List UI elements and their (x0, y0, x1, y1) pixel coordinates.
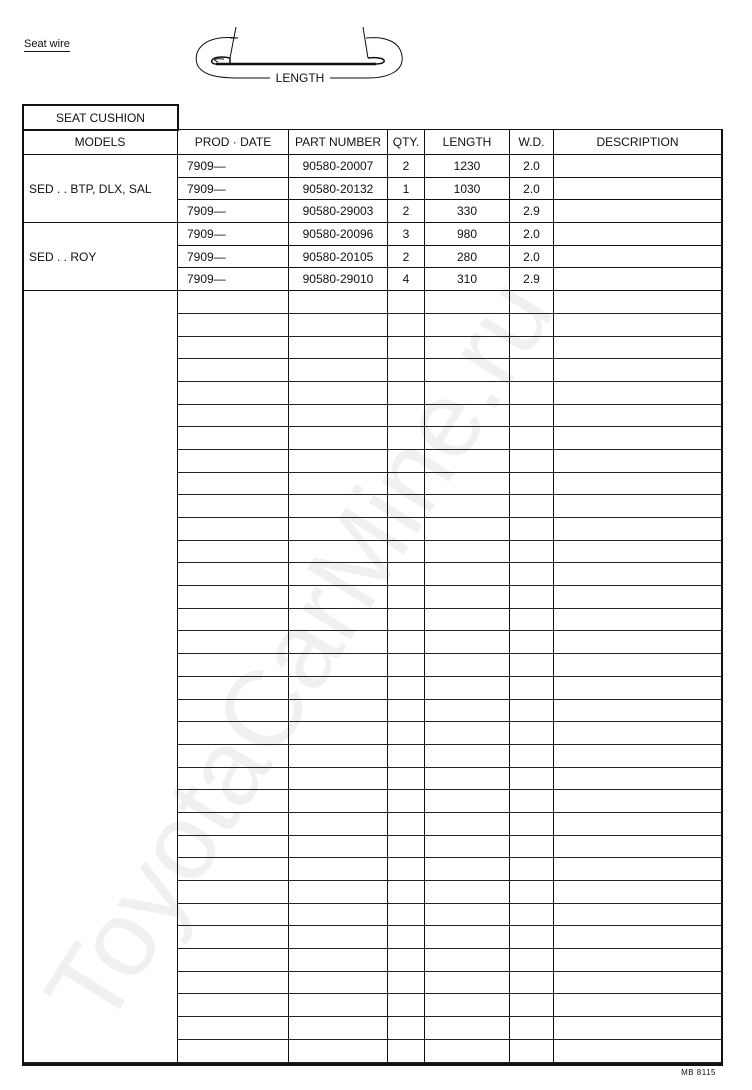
empty-cell (289, 291, 388, 314)
empty-cell (425, 1017, 510, 1040)
empty-cell (425, 586, 510, 609)
qty-cell: 2 (388, 245, 425, 268)
empty-cell (425, 699, 510, 722)
wd-cell: 2.9 (510, 200, 554, 223)
empty-cell (554, 971, 722, 994)
length-cell: 980 (425, 223, 510, 246)
prod-date-cell: 7909— (178, 155, 289, 178)
empty-cell (510, 586, 554, 609)
empty-cell (425, 812, 510, 835)
empty-cell (510, 381, 554, 404)
qty-cell: 4 (388, 268, 425, 291)
qty-cell: 3 (388, 223, 425, 246)
part-number-cell: 90580-20132 (289, 177, 388, 200)
empty-cell (289, 313, 388, 336)
col-part-number: PART NUMBER (289, 130, 388, 155)
empty-cell (510, 540, 554, 563)
empty-cell (510, 313, 554, 336)
empty-cell (289, 381, 388, 404)
empty-cell (554, 495, 722, 518)
figure-caption: Seat wire (24, 38, 70, 52)
empty-row (23, 291, 722, 314)
col-models: MODELS (23, 130, 178, 155)
empty-cell (289, 563, 388, 586)
empty-cell (388, 518, 425, 541)
empty-cell (554, 1017, 722, 1040)
col-length: LENGTH (425, 130, 510, 155)
prod-date-cell: 7909— (178, 268, 289, 291)
wd-cell: 2.0 (510, 223, 554, 246)
empty-cell (425, 472, 510, 495)
part-number-cell: 90580-29003 (289, 200, 388, 223)
empty-cell (178, 291, 289, 314)
wd-cell: 2.0 (510, 155, 554, 178)
empty-cell (289, 1039, 388, 1062)
empty-cell (388, 858, 425, 881)
empty-cell (554, 631, 722, 654)
model-cell: SED . . ROY (23, 223, 178, 291)
empty-cell (554, 767, 722, 790)
empty-cell (289, 449, 388, 472)
empty-cell (178, 654, 289, 677)
empty-cell (554, 699, 722, 722)
empty-cell (388, 676, 425, 699)
empty-cell (425, 881, 510, 904)
empty-cell (388, 971, 425, 994)
empty-cell (289, 790, 388, 813)
empty-cell (425, 563, 510, 586)
empty-cell (554, 881, 722, 904)
empty-cell (510, 472, 554, 495)
wd-cell: 2.0 (510, 177, 554, 200)
empty-cell (425, 427, 510, 450)
empty-cell (178, 1039, 289, 1062)
empty-cell (425, 676, 510, 699)
empty-cell (554, 722, 722, 745)
empty-cell (178, 858, 289, 881)
empty-cell (289, 404, 388, 427)
empty-cell (425, 835, 510, 858)
empty-cell (178, 381, 289, 404)
empty-cell (425, 313, 510, 336)
length-cell: 1230 (425, 155, 510, 178)
empty-cell (510, 654, 554, 677)
empty-cell (510, 790, 554, 813)
empty-cell (289, 744, 388, 767)
empty-cell (289, 812, 388, 835)
empty-cell (554, 313, 722, 336)
empty-cell (178, 449, 289, 472)
part-number-cell: 90580-20096 (289, 223, 388, 246)
empty-cell (554, 381, 722, 404)
empty-cell (510, 835, 554, 858)
empty-cell (425, 540, 510, 563)
empty-cell (289, 881, 388, 904)
empty-cell (289, 518, 388, 541)
empty-cell (425, 926, 510, 949)
empty-cell (178, 926, 289, 949)
empty-cell (554, 926, 722, 949)
empty-cell (178, 744, 289, 767)
empty-cell (554, 858, 722, 881)
empty-cell (388, 699, 425, 722)
empty-cell (289, 767, 388, 790)
empty-cell (388, 427, 425, 450)
empty-cell (289, 835, 388, 858)
empty-cell (178, 812, 289, 835)
empty-cell (388, 994, 425, 1017)
empty-cell (289, 472, 388, 495)
empty-cell (178, 676, 289, 699)
seat-wire-diagram: LENGTH (190, 24, 410, 86)
empty-cell (425, 722, 510, 745)
empty-cell (289, 926, 388, 949)
empty-cell (510, 926, 554, 949)
part-number-cell: 90580-20007 (289, 155, 388, 178)
empty-cell (510, 1039, 554, 1062)
empty-cell (289, 722, 388, 745)
empty-cell (425, 608, 510, 631)
empty-cell (425, 449, 510, 472)
empty-cell (425, 790, 510, 813)
empty-cell (425, 495, 510, 518)
empty-cell (178, 563, 289, 586)
empty-cell (178, 518, 289, 541)
wd-cell: 2.9 (510, 268, 554, 291)
empty-cell (510, 767, 554, 790)
empty-cell (425, 631, 510, 654)
empty-cell (510, 608, 554, 631)
empty-cell (289, 994, 388, 1017)
empty-cell (554, 427, 722, 450)
empty-cell (289, 631, 388, 654)
empty-cell (388, 722, 425, 745)
description-cell (554, 155, 722, 178)
qty-cell: 2 (388, 200, 425, 223)
empty-cell (388, 563, 425, 586)
empty-cell (510, 858, 554, 881)
table-row: SED . . ROY7909—90580-2009639802.0 (23, 223, 722, 246)
empty-cell (289, 540, 388, 563)
figure-code: MB 8115 (681, 1068, 716, 1077)
empty-cell (510, 427, 554, 450)
empty-cell (388, 744, 425, 767)
empty-cell (289, 971, 388, 994)
empty-cell (425, 903, 510, 926)
empty-cell (388, 381, 425, 404)
empty-cell (388, 926, 425, 949)
description-cell (554, 177, 722, 200)
empty-cell (425, 654, 510, 677)
prod-date-cell: 7909— (178, 200, 289, 223)
empty-cell (510, 676, 554, 699)
description-cell (554, 245, 722, 268)
qty-cell: 1 (388, 177, 425, 200)
empty-cell (554, 291, 722, 314)
empty-cell (510, 812, 554, 835)
empty-cell (388, 449, 425, 472)
empty-cell (510, 881, 554, 904)
prod-date-cell: 7909— (178, 223, 289, 246)
empty-cell (554, 903, 722, 926)
part-number-cell: 90580-20105 (289, 245, 388, 268)
model-cell-empty (23, 291, 178, 1062)
table-row: SED . . BTP, DLX, SAL7909—90580-20007212… (23, 155, 722, 178)
empty-cell (554, 994, 722, 1017)
empty-cell (388, 495, 425, 518)
empty-cell (388, 540, 425, 563)
empty-cell (425, 767, 510, 790)
empty-cell (388, 631, 425, 654)
empty-cell (510, 903, 554, 926)
empty-cell (178, 540, 289, 563)
empty-cell (178, 631, 289, 654)
description-cell (554, 223, 722, 246)
empty-cell (388, 608, 425, 631)
empty-cell (510, 518, 554, 541)
empty-cell (289, 608, 388, 631)
empty-cell (425, 744, 510, 767)
empty-cell (554, 586, 722, 609)
empty-cell (425, 518, 510, 541)
empty-cell (388, 903, 425, 926)
empty-cell (425, 994, 510, 1017)
empty-cell (178, 472, 289, 495)
empty-cell (289, 949, 388, 972)
col-prod-date: PROD · DATE (178, 130, 289, 155)
empty-cell (554, 472, 722, 495)
empty-cell (425, 971, 510, 994)
empty-cell (554, 359, 722, 382)
prod-date-cell: 7909— (178, 245, 289, 268)
empty-cell (178, 495, 289, 518)
empty-cell (289, 495, 388, 518)
empty-cell (178, 586, 289, 609)
empty-cell (388, 336, 425, 359)
empty-cell (554, 608, 722, 631)
table-header-row: MODELS PROD · DATE PART NUMBER QTY. LENG… (23, 130, 722, 155)
empty-cell (554, 1039, 722, 1062)
empty-cell (554, 404, 722, 427)
empty-cell (178, 359, 289, 382)
prod-date-cell: 7909— (178, 177, 289, 200)
empty-cell (289, 427, 388, 450)
part-number-cell: 90580-29010 (289, 268, 388, 291)
empty-cell (289, 654, 388, 677)
empty-cell (510, 563, 554, 586)
empty-cell (178, 767, 289, 790)
empty-cell (178, 881, 289, 904)
empty-cell (554, 540, 722, 563)
empty-cell (178, 313, 289, 336)
empty-cell (289, 676, 388, 699)
empty-cell (289, 1017, 388, 1040)
empty-cell (289, 903, 388, 926)
empty-cell (388, 949, 425, 972)
empty-cell (554, 949, 722, 972)
empty-cell (425, 949, 510, 972)
empty-cell (425, 359, 510, 382)
empty-cell (510, 336, 554, 359)
empty-cell (510, 994, 554, 1017)
empty-cell (178, 336, 289, 359)
empty-cell (510, 744, 554, 767)
empty-cell (388, 291, 425, 314)
empty-cell (510, 359, 554, 382)
empty-cell (554, 336, 722, 359)
col-description: DESCRIPTION (554, 130, 722, 155)
wd-cell: 2.0 (510, 245, 554, 268)
empty-cell (554, 518, 722, 541)
empty-cell (425, 291, 510, 314)
empty-cell (388, 790, 425, 813)
col-qty: QTY. (388, 130, 425, 155)
empty-cell (178, 1017, 289, 1040)
empty-cell (388, 1039, 425, 1062)
empty-cell (425, 858, 510, 881)
empty-cell (554, 654, 722, 677)
empty-cell (425, 1039, 510, 1062)
length-cell: 280 (425, 245, 510, 268)
empty-cell (178, 994, 289, 1017)
length-label: LENGTH (276, 71, 325, 85)
empty-cell (510, 631, 554, 654)
empty-cell (178, 722, 289, 745)
empty-cell (510, 1017, 554, 1040)
length-cell: 330 (425, 200, 510, 223)
model-cell: SED . . BTP, DLX, SAL (23, 155, 178, 223)
empty-cell (510, 722, 554, 745)
empty-cell (388, 812, 425, 835)
empty-cell (289, 359, 388, 382)
empty-cell (178, 949, 289, 972)
empty-cell (388, 359, 425, 382)
empty-cell (510, 699, 554, 722)
empty-cell (510, 971, 554, 994)
empty-cell (388, 1017, 425, 1040)
empty-cell (510, 495, 554, 518)
qty-cell: 2 (388, 155, 425, 178)
empty-cell (425, 404, 510, 427)
empty-cell (388, 767, 425, 790)
empty-cell (289, 336, 388, 359)
empty-cell (554, 449, 722, 472)
empty-cell (554, 676, 722, 699)
empty-cell (178, 835, 289, 858)
empty-cell (178, 903, 289, 926)
empty-cell (425, 381, 510, 404)
empty-cell (510, 291, 554, 314)
empty-cell (178, 971, 289, 994)
empty-cell (554, 744, 722, 767)
section-title: SEAT CUSHION (22, 104, 179, 131)
empty-cell (554, 835, 722, 858)
length-cell: 1030 (425, 177, 510, 200)
empty-cell (510, 949, 554, 972)
empty-cell (388, 472, 425, 495)
empty-cell (289, 858, 388, 881)
empty-cell (554, 563, 722, 586)
empty-cell (178, 427, 289, 450)
parts-table: MODELS PROD · DATE PART NUMBER QTY. LENG… (22, 129, 722, 1063)
empty-cell (178, 404, 289, 427)
empty-cell (178, 699, 289, 722)
empty-cell (388, 586, 425, 609)
empty-cell (388, 835, 425, 858)
empty-cell (289, 586, 388, 609)
empty-cell (388, 313, 425, 336)
col-wd: W.D. (510, 130, 554, 155)
empty-cell (554, 790, 722, 813)
empty-cell (554, 812, 722, 835)
length-cell: 310 (425, 268, 510, 291)
description-cell (554, 268, 722, 291)
empty-cell (289, 699, 388, 722)
empty-cell (510, 449, 554, 472)
empty-cell (178, 790, 289, 813)
empty-cell (388, 881, 425, 904)
empty-cell (425, 336, 510, 359)
empty-cell (178, 608, 289, 631)
empty-cell (388, 654, 425, 677)
description-cell (554, 200, 722, 223)
empty-cell (510, 404, 554, 427)
empty-cell (388, 404, 425, 427)
